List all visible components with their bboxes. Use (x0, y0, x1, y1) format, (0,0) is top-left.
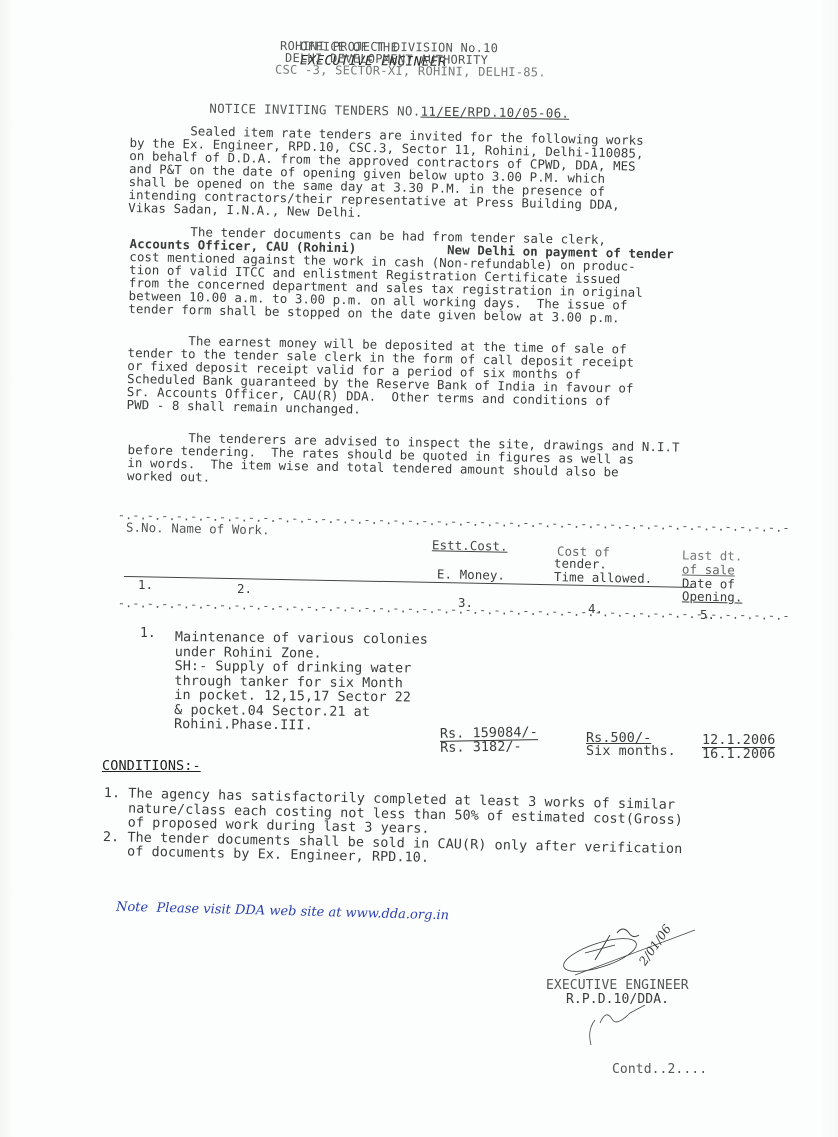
row-work-name: Maintenance of various coloniesunder Roh… (174, 631, 428, 735)
paragraph-tenderers-advice: The tenderers are advised to inspect the… (127, 430, 680, 493)
document-page: OFFICE OF THE EXECUTIVE ENGINEER ROHINI … (0, 0, 838, 1137)
continued-marker: Contd..2.... (612, 1063, 707, 1076)
row-date-of-opening: 16.1.2006 (702, 747, 775, 762)
paragraph-tender-documents: The tender documents can be had from ten… (128, 224, 674, 325)
col-num-2: 2. (237, 582, 252, 595)
paragraph-invitation: Sealed item rate tenders are invited for… (128, 123, 644, 225)
row-time-allowed: Six months. (586, 744, 676, 759)
signature-unit: R.P.D.10/DDA. (566, 993, 669, 1006)
row-cost-time: Rs.500/- Six months. (586, 732, 676, 758)
office-address: CSC -3, SECTOR-XI, ROHINI, DELHI-85. (275, 63, 546, 80)
paragraph-earnest-money: The earnest money will be deposited at t… (127, 333, 635, 421)
header-e-money: E. Money. (437, 567, 505, 581)
conditions-title: CONDITIONS:- (102, 760, 201, 773)
row-last-date-of-sale: 12.1.2006 (702, 734, 775, 748)
row-estt-cost-emoney: Rs. 159084/- Rs. 3182/- (440, 726, 538, 755)
handwritten-note: Note Please visit DDA web site at www.dd… (116, 900, 449, 924)
header-of-sale: of sale (682, 562, 735, 576)
conditions-list: 1. The agency has satisfactorily complet… (102, 787, 683, 872)
notice-prefix: NOTICE INVITING TENDERS NO. (209, 101, 420, 119)
header-sno-name: S.No. Name of Work. (126, 521, 270, 537)
row-sno: 1. (140, 627, 156, 640)
header-estt-cost: Estt.Cost. (432, 538, 508, 552)
signature-title: EXECUTIVE ENGINEER (546, 979, 689, 992)
row-e-money: Rs. 3182/- (440, 739, 522, 755)
row-dates: 12.1.2006 16.1.2006 (702, 734, 775, 761)
col-num-1: 1. (138, 578, 153, 591)
work-name-line: Rohini.Phase.III. (174, 718, 427, 735)
header-opening: Opening. (682, 589, 743, 603)
notice-number: 11/EE/RPD.10/05-06. (421, 104, 570, 121)
header-last-dt: Last dt. (682, 548, 743, 562)
header-time-allowed: Time allowed. (554, 570, 653, 585)
